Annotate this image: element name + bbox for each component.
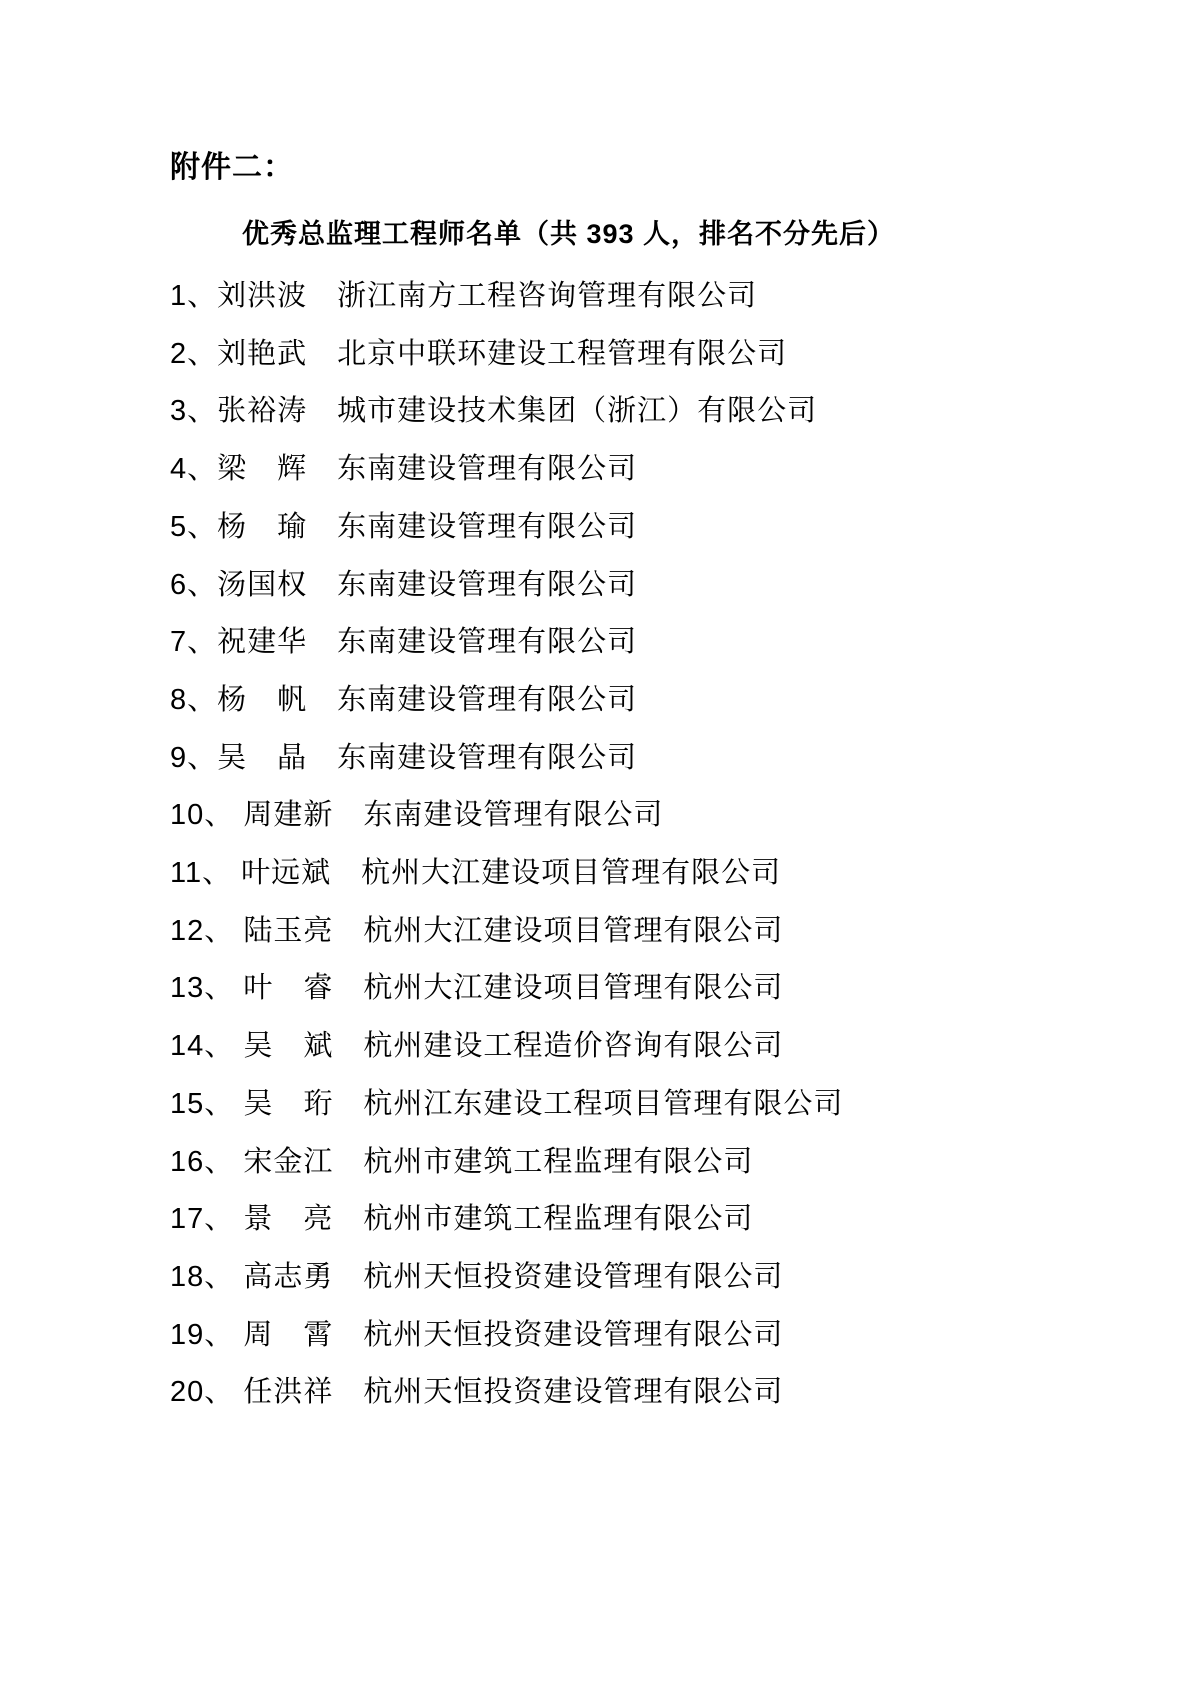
- list-item-15: 15、 吴 珩 杭州江东建设工程项目管理有限公司: [170, 1076, 1150, 1134]
- list-item-16: 16、 宋金江 杭州市建筑工程监理有限公司: [170, 1134, 1150, 1192]
- list-item-1: 1、刘洪波 浙江南方工程咨询管理有限公司: [170, 268, 1150, 326]
- list-item-18: 18、 高志勇 杭州天恒投资建设管理有限公司: [170, 1249, 1150, 1307]
- list-item-10: 10、 周建新 东南建设管理有限公司: [170, 787, 1150, 845]
- engineer-name-list: 1、刘洪波 浙江南方工程咨询管理有限公司 2、刘艳武 北京中联环建设工程管理有限…: [170, 268, 1150, 1422]
- list-item-14: 14、 吴 斌 杭州建设工程造价咨询有限公司: [170, 1018, 1150, 1076]
- list-item-12: 12、 陆玉亮 杭州大江建设项目管理有限公司: [170, 903, 1150, 961]
- list-item-11: 11、 叶远斌 杭州大江建设项目管理有限公司: [170, 845, 1150, 903]
- document-title: 优秀总监理工程师名单（共 393 人，排名不分先后）: [242, 216, 1150, 252]
- list-item-9: 9、吴 晶 东南建设管理有限公司: [170, 730, 1150, 788]
- document-page: 附件二： 优秀总监理工程师名单（共 393 人，排名不分先后） 1、刘洪波 浙江…: [0, 0, 1190, 1683]
- list-item-6: 6、汤国权 东南建设管理有限公司: [170, 557, 1150, 615]
- list-item-8: 8、杨 帆 东南建设管理有限公司: [170, 672, 1150, 730]
- list-item-5: 5、杨 瑜 东南建设管理有限公司: [170, 499, 1150, 557]
- attachment-label: 附件二：: [170, 148, 1150, 188]
- list-item-4: 4、梁 辉 东南建设管理有限公司: [170, 441, 1150, 499]
- document-content: 附件二： 优秀总监理工程师名单（共 393 人，排名不分先后） 1、刘洪波 浙江…: [0, 0, 1190, 1422]
- list-item-19: 19、 周 霄 杭州天恒投资建设管理有限公司: [170, 1307, 1150, 1365]
- list-item-20: 20、 任洪祥 杭州天恒投资建设管理有限公司: [170, 1364, 1150, 1422]
- list-item-3: 3、张裕涛 城市建设技术集团（浙江）有限公司: [170, 383, 1150, 441]
- list-item-7: 7、祝建华 东南建设管理有限公司: [170, 614, 1150, 672]
- list-item-2: 2、刘艳武 北京中联环建设工程管理有限公司: [170, 326, 1150, 384]
- list-item-17: 17、 景 亮 杭州市建筑工程监理有限公司: [170, 1191, 1150, 1249]
- list-item-13: 13、 叶 睿 杭州大江建设项目管理有限公司: [170, 960, 1150, 1018]
